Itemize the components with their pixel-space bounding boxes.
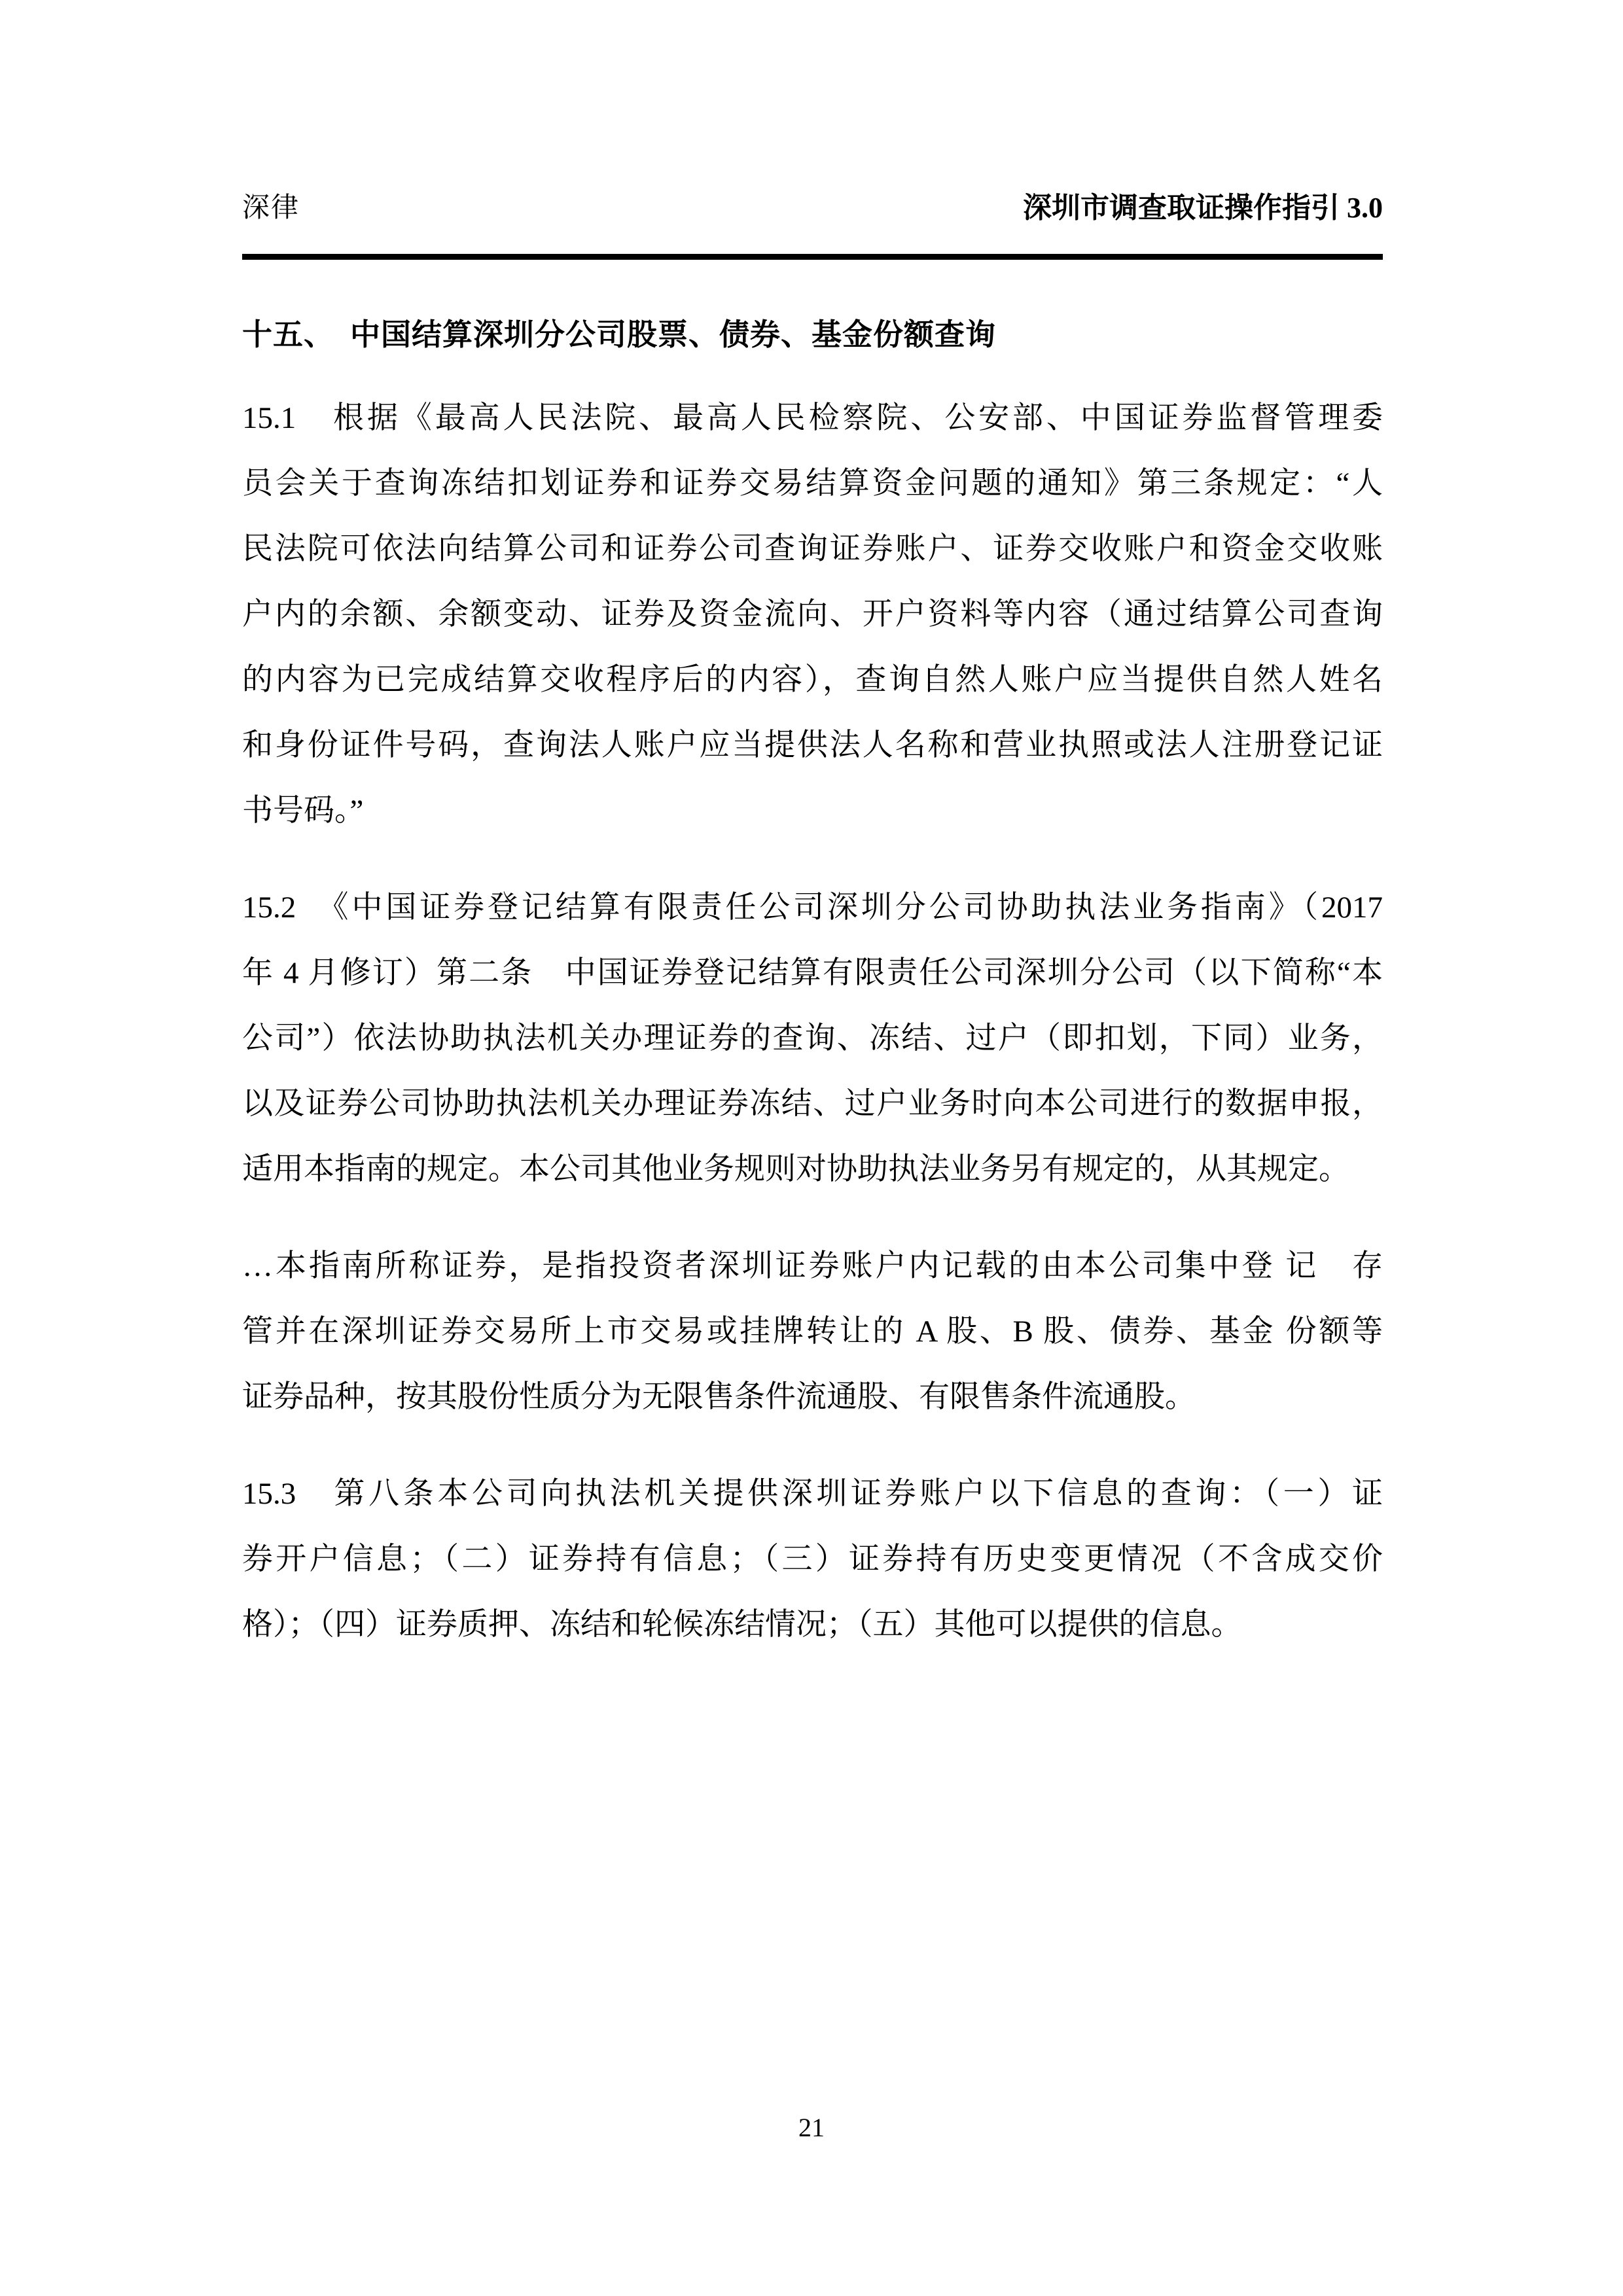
- paragraph-line: 管并在深圳证券交易所上市交易或挂牌转让的 A 股、B 股、债券、基金 份额等: [242, 1299, 1383, 1364]
- paragraph-definition: …本指南所称证券，是指投资者深圳证券账户内记载的由本公司集中登 记 存 管并在深…: [242, 1233, 1383, 1430]
- paragraph-line: 适用本指南的规定。本公司其他业务规则对协助执法业务另有规定的，从其规定。: [242, 1137, 1383, 1202]
- paragraph-15-2: 15.2 《中国证券登记结算有限责任公司深圳分公司协助执法业务指南》（2017 …: [242, 875, 1383, 1202]
- paragraph-line: 15.1 根据《最高人民法院、最高人民检察院、公安部、中国证券监督管理委: [242, 385, 1383, 451]
- paragraph-line: 户内的余额、余额变动、证券及资金流向、开户资料等内容（通过结算公司查询: [242, 582, 1383, 647]
- paragraph-line: 券开户信息；（二）证券持有信息；（三）证券持有历史变更情况（不含成交价: [242, 1527, 1383, 1592]
- page-number: 21: [798, 2113, 825, 2142]
- paragraph-line: 证券品种，按其股份性质分为无限售条件流通股、有限售条件流通股。: [242, 1364, 1383, 1430]
- page-header: 深律 深圳市调查取证操作指引 3.0: [242, 0, 1383, 225]
- page-footer: 21: [0, 2112, 1623, 2143]
- header-rule: [242, 254, 1383, 260]
- paragraph-line: 民法院可依法向结算公司和证券公司查询证券账户、证券交收账户和资金交收账: [242, 516, 1383, 582]
- paragraph-line: 格）；（四）证券质押、冻结和轮候冻结情况；（五）其他可以提供的信息。: [242, 1592, 1383, 1657]
- paragraph-15-3: 15.3 第八条本公司向执法机关提供深圳证券账户以下信息的查询：（一）证 券开户…: [242, 1461, 1383, 1657]
- paragraph-line: 员会关于查询冻结扣划证券和证券交易结算资金问题的通知》第三条规定：“人: [242, 451, 1383, 516]
- paragraph-line: 15.2 《中国证券登记结算有限责任公司深圳分公司协助执法业务指南》（2017: [242, 875, 1383, 940]
- header-right-title: 深圳市调查取证操作指引 3.0: [1023, 191, 1383, 225]
- paragraph-line: 以及证券公司协助执法机关办理证券冻结、过户业务时向本公司进行的数据申报，: [242, 1071, 1383, 1137]
- paragraph-line: 的内容为已完成结算交收程序后的内容），查询自然人账户应当提供自然人姓名: [242, 647, 1383, 713]
- paragraph-line: 年 4 月修订）第二条 中国证券登记结算有限责任公司深圳分公司（以下简称“本: [242, 940, 1383, 1006]
- section-heading: 十五、 中国结算深圳分公司股票、债券、基金份额查询: [242, 315, 1383, 354]
- document-page: 深律 深圳市调查取证操作指引 3.0 十五、 中国结算深圳分公司股票、债券、基金…: [0, 0, 1623, 2296]
- paragraph-line: 和身份证件号码，查询法人账户应当提供法人名称和营业执照或法人注册登记证: [242, 713, 1383, 778]
- paragraph-15-1: 15.1 根据《最高人民法院、最高人民检察院、公安部、中国证券监督管理委 员会关…: [242, 385, 1383, 843]
- paragraph-line: 15.3 第八条本公司向执法机关提供深圳证券账户以下信息的查询：（一）证: [242, 1461, 1383, 1527]
- paragraph-line: …本指南所称证券，是指投资者深圳证券账户内记载的由本公司集中登 记 存: [242, 1233, 1383, 1299]
- header-left-text: 深律: [242, 191, 300, 225]
- paragraph-line: 公司”）依法协助执法机关办理证券的查询、冻结、过户（即扣划，下同）业务，: [242, 1006, 1383, 1071]
- paragraph-line: 书号码。”: [242, 778, 1383, 843]
